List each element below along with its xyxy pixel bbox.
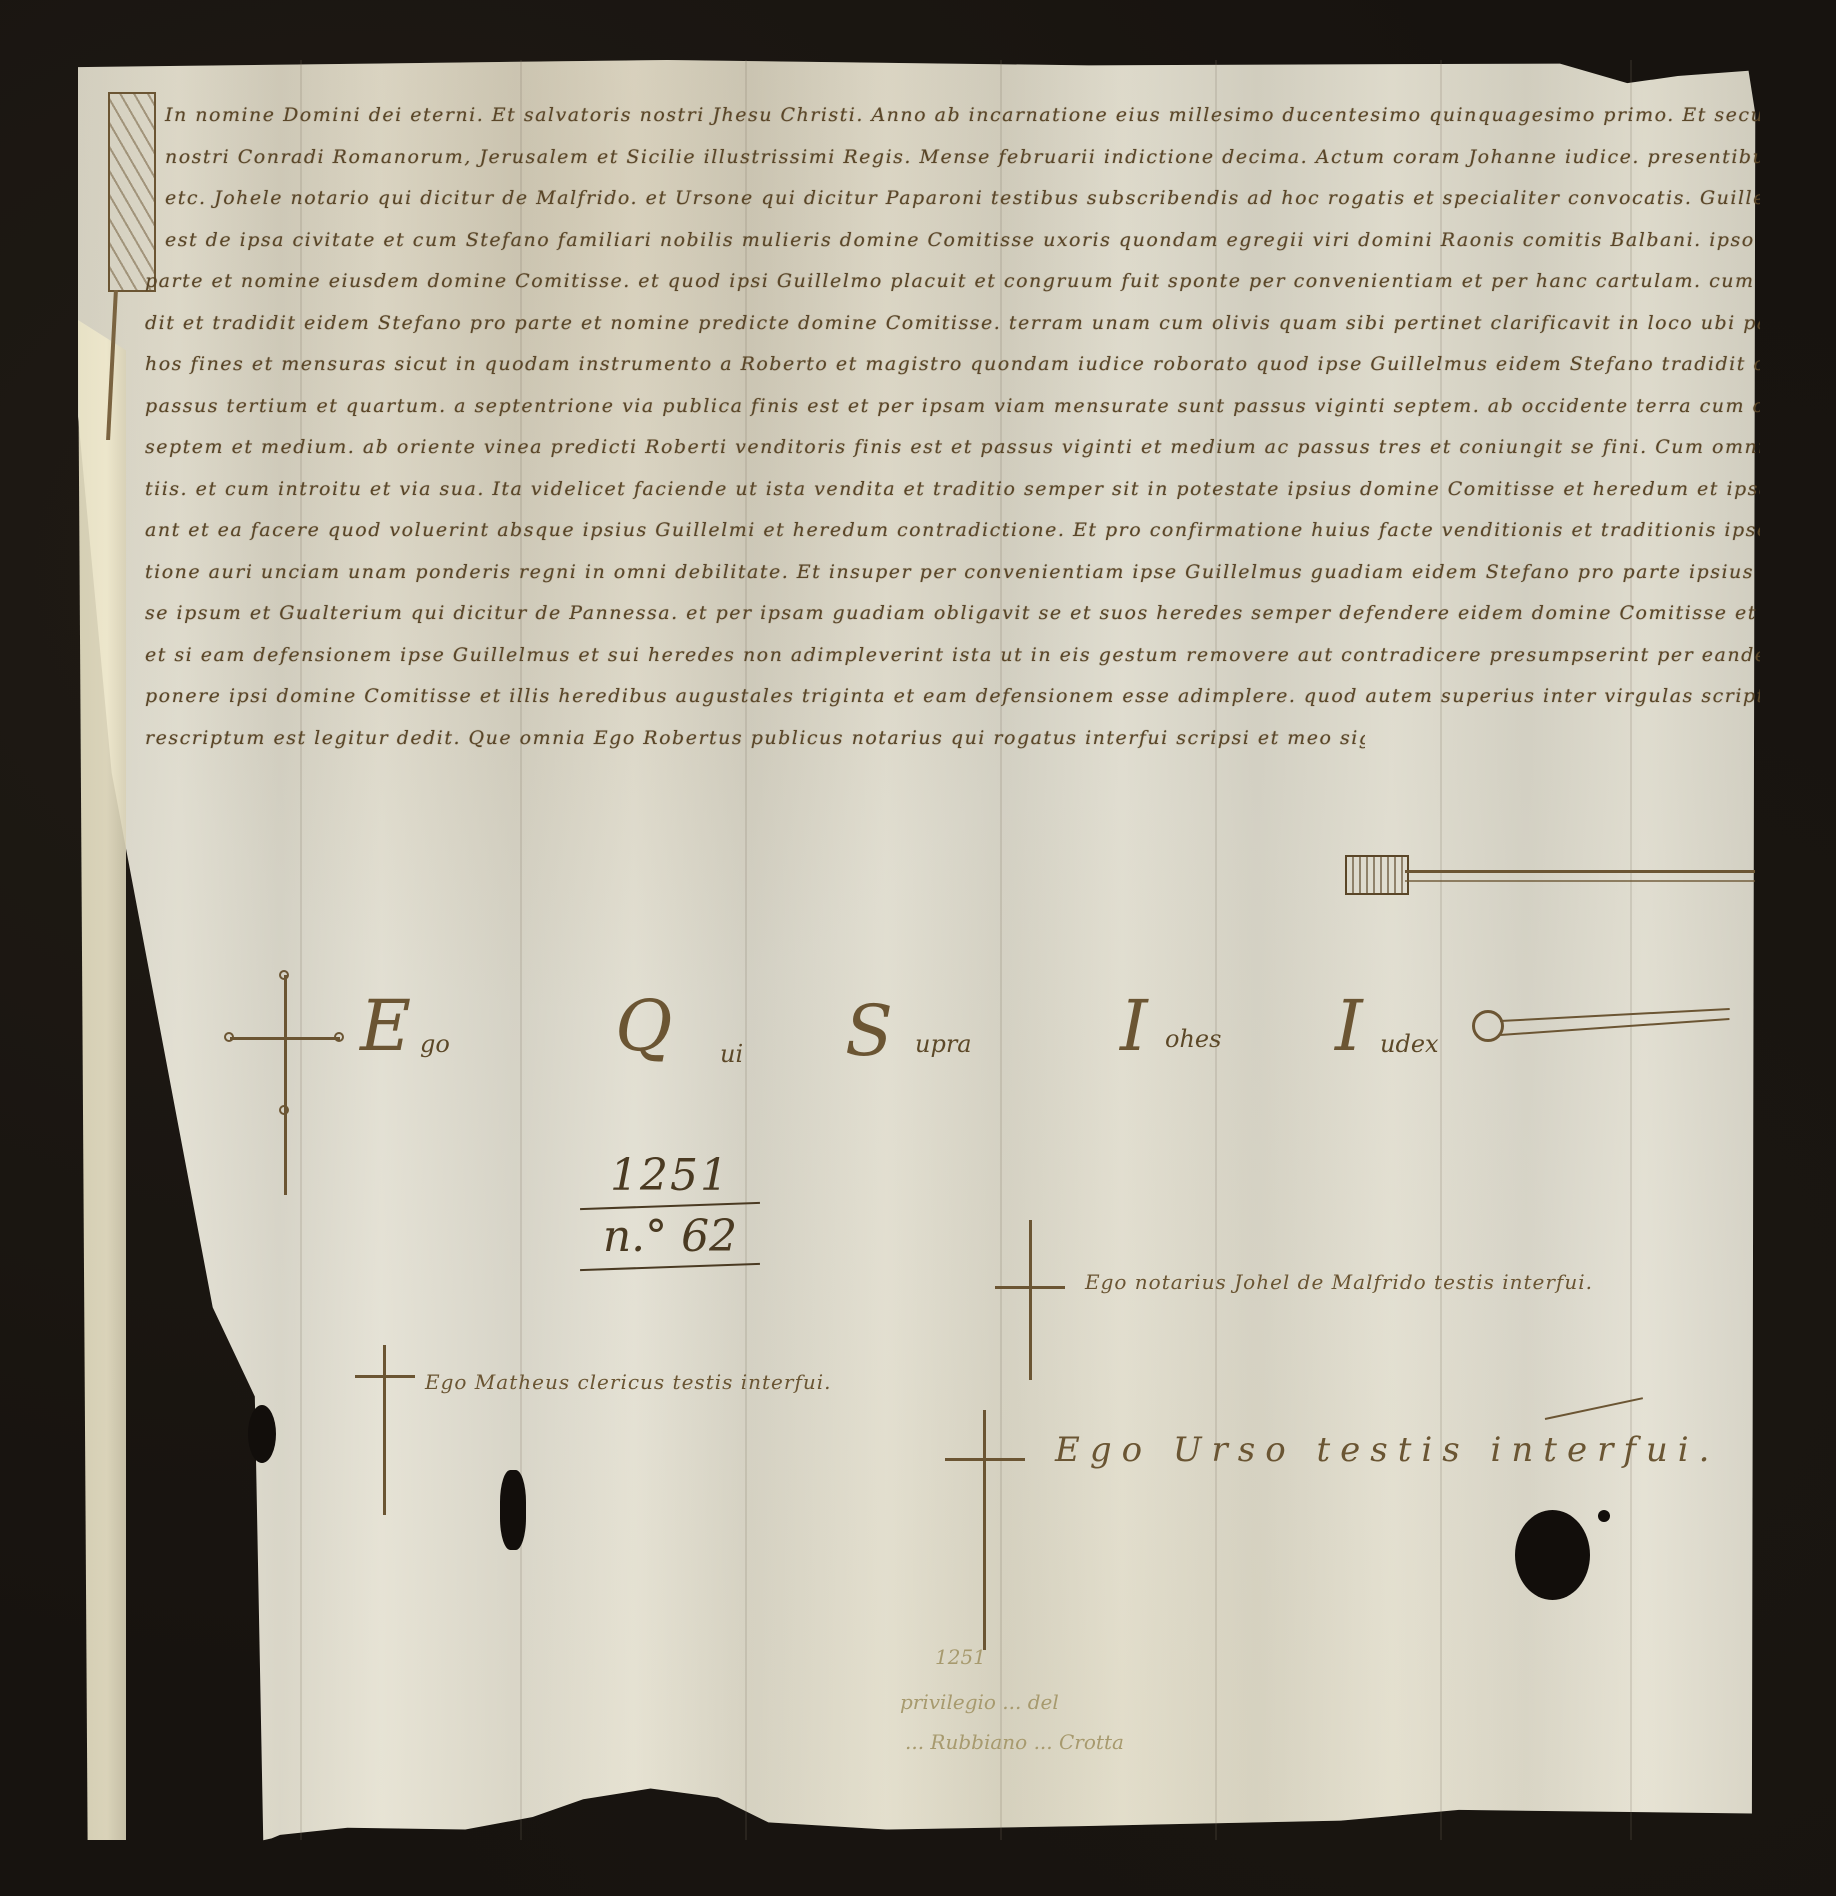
witness-initial: S xyxy=(845,990,893,1072)
text-line: dit et tradidit eidem Stefano pro parte … xyxy=(145,303,1760,345)
notary-flourish-line xyxy=(1405,870,1755,873)
text-line: ant et ea facere quod voluerint absque i… xyxy=(145,510,1760,552)
charter-body-text: In nomine Domini dei eterni. Et salvator… xyxy=(145,95,1760,759)
parchment-hole xyxy=(500,1470,526,1550)
text-line: et si eam defensionem ipse Guillelmus et… xyxy=(145,635,1760,677)
text-line: parte et nomine eiusdem domine Comitisse… xyxy=(145,261,1760,303)
witness-initial: Q xyxy=(615,985,672,1067)
notary-flourish-line xyxy=(1405,880,1755,882)
later-annotation-line: ... Rubbiano ... Crotta xyxy=(905,1730,1124,1754)
parchment-hole xyxy=(248,1405,276,1463)
witness-suffix: udex xyxy=(1380,1030,1439,1058)
text-line: ponere ipsi domine Comitisse et illis he… xyxy=(145,676,1760,718)
later-annotation-line: privilegio ... del xyxy=(900,1690,1059,1714)
text-line: nostri Conradi Romanorum, Jerusalem et S… xyxy=(145,137,1760,179)
text-line: hos fines et mensuras sicut in quodam in… xyxy=(145,344,1760,386)
cross-signum-icon xyxy=(230,975,340,1195)
witness-initial: E xyxy=(360,985,411,1067)
later-annotation-year: 1251 xyxy=(935,1645,986,1669)
cross-signum-icon xyxy=(355,1345,415,1515)
subscription-line: Ego Urso testis interfui. xyxy=(1055,1430,1720,1470)
text-line: passus tertium et quartum. a septentrion… xyxy=(145,386,1760,428)
archival-year: 1251 xyxy=(580,1150,760,1201)
text-line: etc. Johele notario qui dicitur de Malfr… xyxy=(145,178,1760,220)
text-line: tiis. et cum introitu et via sua. Ita vi… xyxy=(145,469,1760,511)
cross-signum-icon xyxy=(995,1220,1065,1380)
subscription-line: Ego Matheus clericus testis interfui. xyxy=(425,1370,832,1394)
witness-suffix: go xyxy=(420,1030,450,1058)
text-line: est de ipsa civitate et cum Stefano fami… xyxy=(145,220,1760,262)
cross-signum-icon xyxy=(945,1410,1025,1650)
notary-signum-icon xyxy=(1345,855,1409,895)
archival-rule xyxy=(580,1202,760,1210)
subscription-line: Ego notarius Johel de Malfrido testis in… xyxy=(1085,1270,1593,1294)
archival-number: n.° 62 xyxy=(580,1211,760,1262)
archival-mark: 1251 n.° 62 xyxy=(580,1150,760,1272)
parchment-hole xyxy=(1515,1510,1590,1600)
archival-rule xyxy=(580,1263,760,1271)
witness-suffix: ohes xyxy=(1165,1025,1221,1053)
text-line: septem et medium. ab oriente vinea predi… xyxy=(145,427,1760,469)
text-line: rescriptum est legitur dedit. Que omnia … xyxy=(145,718,1365,760)
parchment-hole xyxy=(1598,1510,1610,1522)
witness-initial: I xyxy=(1120,985,1148,1067)
knot-signum-icon xyxy=(1472,1010,1504,1042)
text-line: tione auri unciam unam ponderis regni in… xyxy=(145,552,1760,594)
witness-initial: I xyxy=(1335,985,1363,1067)
text-line: In nomine Domini dei eterni. Et salvator… xyxy=(145,95,1760,137)
witness-suffix: ui xyxy=(720,1040,743,1068)
witness-suffix: upra xyxy=(915,1030,972,1058)
text-line: se ipsum et Gualterium qui dicitur de Pa… xyxy=(145,593,1760,635)
